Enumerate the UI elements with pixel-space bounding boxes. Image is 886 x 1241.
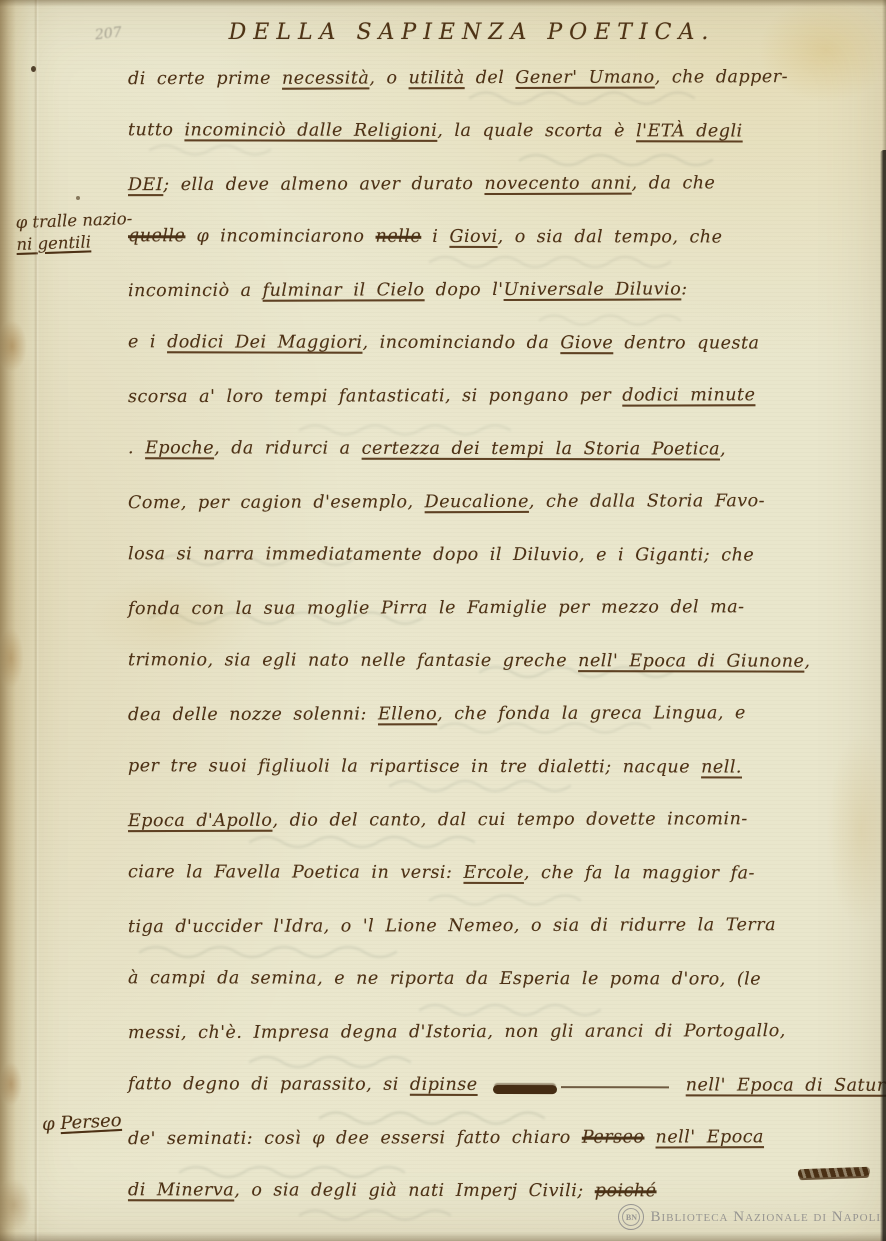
manuscript-line: e i dodici Dei Maggiori, incominciando d… [128, 316, 876, 371]
manuscript-line: quelle φ incominciarono nelle i Giovi, o… [128, 210, 876, 265]
page-edge-bottom [0, 1232, 886, 1241]
ink-blot [493, 1085, 557, 1094]
manuscript-line: trimonio, sia egli nato nelle fantasie g… [128, 634, 876, 689]
manuscript-line: di certe prime necessità, o utilità del … [128, 51, 876, 106]
manuscript-lines: di certe prime necessità, o utilità del … [128, 52, 876, 1218]
manuscript-line: Epoca d'Apollo, dio del canto, dal cui t… [128, 793, 876, 848]
margin-note-perseo: φ Perseo [41, 1110, 122, 1136]
insertion-mark: φ [41, 1113, 55, 1135]
manuscript-line: ciare la Favella Poetica in versi: Ercol… [128, 846, 876, 901]
strike-rule [561, 1086, 669, 1088]
library-watermark: BN Biblioteca Nazionale di Napoli [618, 1204, 881, 1230]
manuscript-line: DEI; ella deve almeno aver durato novece… [128, 157, 876, 212]
manuscript-line: à campi da semina, e ne riporta da Esper… [128, 952, 876, 1007]
manuscript-line: . Epoche, da ridurci a certezza dei temp… [128, 422, 876, 477]
manuscript-line: dea delle nozze solenni: Elleno, che fon… [128, 687, 876, 742]
page-edge-top [0, 0, 886, 7]
manuscript-line: incominciò a fulminar il Cielo dopo l'Un… [128, 263, 876, 318]
manuscript-line: per tre suoi figliuoli la ripartisce in … [128, 740, 876, 795]
library-watermark-text: Biblioteca Nazionale di Napoli [650, 1209, 881, 1226]
manuscript-line: de' seminati: così φ dee essersi fatto c… [128, 1111, 876, 1166]
crossed-out-word: quelle [128, 226, 185, 246]
manuscript-line: losa si narra immediatamente dopo il Dil… [128, 528, 876, 583]
page-title: DELLA SAPIENZA POETICA. [0, 20, 886, 45]
page-edge-left [0, 0, 16, 1241]
crossed-out-word: Perseo [582, 1128, 645, 1148]
library-monogram: BN [622, 1208, 640, 1226]
manuscript-line: fonda con la sua moglie Pirra le Famigli… [128, 581, 876, 636]
page-edge-right-dark [880, 150, 886, 1241]
manuscript-line: tutto incominciò dalle Religioni, la qua… [128, 104, 876, 159]
manuscript-line: Come, per cagion d'esemplo, Deucalione, … [128, 475, 876, 530]
margin-note-line: φ tralle nazio- [15, 208, 132, 234]
manuscript-line: fatto degno di parassito, si dipinse nel… [128, 1058, 876, 1113]
binding-crease [34, 0, 39, 1241]
library-logo-icon: BN [618, 1204, 644, 1230]
manuscript-line: scorsa a' loro tempi fantasticati, si po… [128, 369, 876, 424]
page-edge-right [882, 0, 886, 160]
margin-note-tralle-nazioni: φ tralle nazio- ni gentili [15, 208, 133, 256]
crossed-out-word: nelle [376, 227, 422, 247]
crossed-out-word: poiché [595, 1181, 657, 1201]
margin-note-word: Perseo [60, 1110, 122, 1134]
ink-speck [76, 196, 80, 200]
manuscript-line: tiga d'uccider l'Idra, o 'l Lione Nemeo,… [128, 899, 876, 954]
manuscript-page: 207 DELLA SAPIENZA POETICA. di certe pri… [0, 0, 886, 1241]
manuscript-line: messi, ch'è. Impresa degna d'Istoria, no… [128, 1005, 876, 1060]
